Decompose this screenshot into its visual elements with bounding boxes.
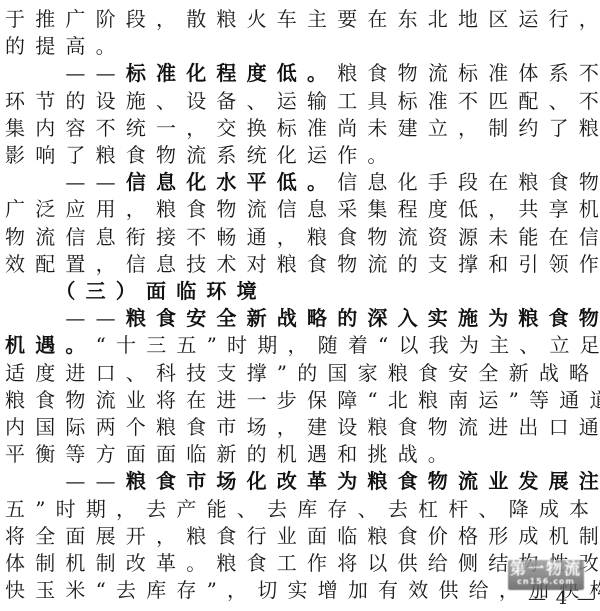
watermark-logo: 第一物流 cn156.com xyxy=(508,560,584,590)
text-run: 于推广阶段，散粮火车主要在东北地区运行，影响跨省散运比例 xyxy=(5,7,600,31)
text-run: 内国际两个粮食市场，建设粮食物流进出口通道，促进国内供求 xyxy=(5,415,600,439)
watermark-url: cn156.com xyxy=(508,577,584,587)
watermark-title: 第一物流 xyxy=(508,560,584,577)
text-run: 信息化手段在粮食物流活动中尚未得到 xyxy=(337,170,600,194)
text-run: —— xyxy=(5,170,126,194)
bold-phrase: 标准化程度低。 xyxy=(126,61,337,85)
text-run: 广泛应用，粮食物流信息采集程度低，共享机制不健全，与公共 xyxy=(5,197,600,221)
bold-phrase: 机遇。 xyxy=(5,333,96,357)
bold-phrase: 信息化水平低。 xyxy=(126,170,337,194)
text-run: 将全面展开，粮食行业面临粮食价格形成机制、粮食流通和收储 xyxy=(5,524,600,548)
text-run: 适度进口、科技支撑”的国家粮食安全新战略的进一步深入实施， xyxy=(5,361,600,385)
text-run: 效配置，信息技术对粮食物流的支撑和引领作用尚未充分发挥。 xyxy=(5,252,600,276)
text-run: 环节的设施、设备、运输工具标准不匹配、不衔接，物流信息采 xyxy=(5,89,600,113)
text-run: 集内容不统一，交换标准尚未建立，制约了粮食物流效率提升， xyxy=(5,116,600,140)
text-run: —— xyxy=(5,469,126,493)
bold-phrase: 粮食安全新战略的深入实施为粮食物流业发展带来新 xyxy=(126,306,600,330)
text-run: 五”时期，去产能、去库存、去杠杆、降成本、补短板五大任务 xyxy=(5,497,600,521)
text-run: —— xyxy=(5,61,126,85)
text-run: 物流信息衔接不畅通，粮食物流资源未能在信息化基础上实现高 xyxy=(5,225,600,249)
text-run: 粮食物流业将在进一步保障“北粮南运”等通道顺畅，统筹利用国 xyxy=(5,388,600,412)
text-run: 粮食物流标准体系不完善，粮食物流各 xyxy=(337,61,600,85)
text-run: 的提高。 xyxy=(5,34,126,58)
text-run: 影响了粮食物流系统化运作。 xyxy=(5,143,398,167)
text-run: “十三五”时期，随着“以我为主、立足国内、确保产能、 xyxy=(96,333,600,357)
page-number: — 4 — xyxy=(528,588,597,609)
bold-phrase: 粮食市场化改革为粮食物流业发展注入新活力。 xyxy=(126,469,600,493)
text-run: —— xyxy=(5,306,126,330)
text-run: 平衡等方面面临新的机遇和挑战。 xyxy=(5,442,458,466)
bold-phrase: （三）面临环境 xyxy=(5,279,267,303)
